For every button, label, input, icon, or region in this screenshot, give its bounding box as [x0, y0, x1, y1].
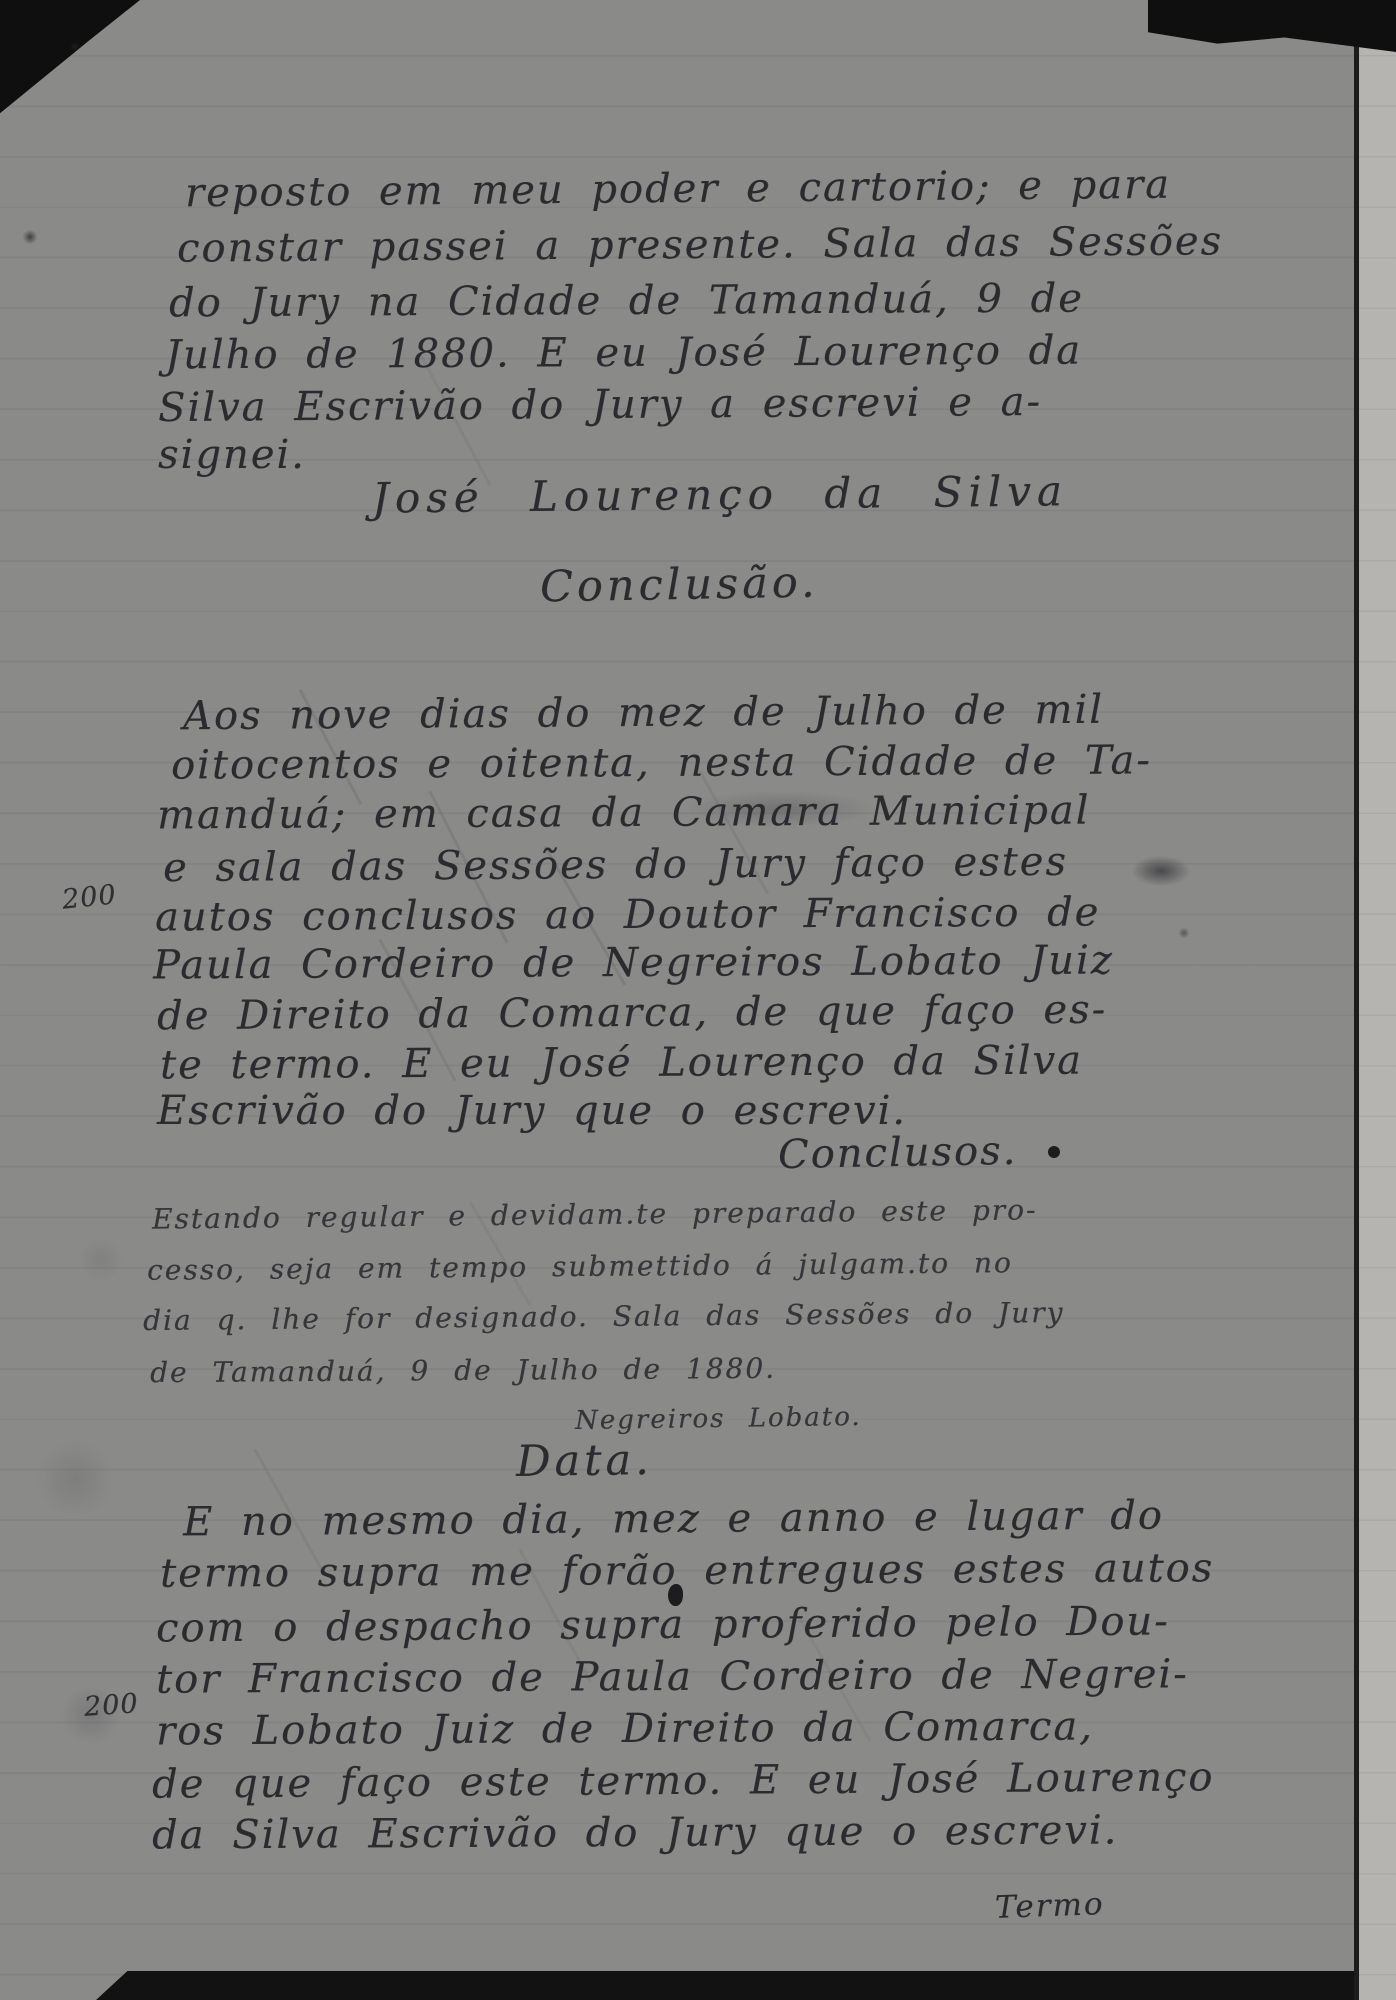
manuscript-line: da Silva Escrivão do Jury que o escrevi.	[152, 1807, 1119, 1858]
ink-dot	[1048, 1146, 1060, 1158]
signature-clerk: José Lourenço da Silva	[372, 466, 1068, 522]
manuscript-line: te termo. E eu José Lourenço da Silva	[160, 1038, 1083, 1089]
margin-annotation: 200	[61, 879, 118, 916]
manuscript-line: com o despacho supra proferido pelo Dou-	[156, 1598, 1170, 1651]
manuscript-line: autos conclusos ao Doutor Francisco de	[155, 890, 1101, 941]
margin-smear	[1132, 856, 1190, 886]
manuscript-line: signei.	[158, 432, 306, 478]
manuscript-line: de que faço este termo. E eu José Louren…	[152, 1754, 1215, 1807]
manuscript-line: do Jury na Cidade de Tamanduá, 9 de	[169, 276, 1084, 327]
ink-speck	[70, 42, 80, 51]
ink-speck	[1178, 928, 1190, 938]
paper-stain	[36, 1438, 114, 1520]
manuscript-line: constar passei a presente. Sala das Sess…	[177, 218, 1223, 271]
manuscript-line: ros Lobato Juiz de Direito da Comarca,	[156, 1704, 1094, 1755]
section-heading-conclusao: Conclusão.	[540, 558, 819, 613]
manuscript-line: termo supra me forão entregues estes aut…	[160, 1545, 1214, 1597]
manuscript-line: E no mesmo dia, mez e anno e lugar do	[183, 1493, 1164, 1546]
manuscript-line: Aos nove dias do mez de Julho de mil	[183, 687, 1104, 739]
manuscript-line: manduá; em casa da Camara Municipal	[157, 788, 1091, 839]
manuscript-line: e sala das Sessões do Jury faço estes	[163, 839, 1068, 891]
manuscript-line: Escrivão do Jury que o escrevi.	[157, 1088, 907, 1134]
manuscript-line: de Direito da Comarca, de que faço es-	[157, 987, 1107, 1040]
scanned-manuscript-page: reposto em meu poder e cartorio; e para …	[0, 0, 1396, 2000]
manuscript-line: oitocentos e oitenta, nesta Cidade de Ta…	[171, 737, 1152, 788]
binding-edge-strip	[1354, 0, 1396, 2000]
scan-edge-bottom-bar	[96, 1971, 1354, 2000]
paper-stain	[78, 1238, 124, 1282]
manuscript-line: de Tamanduá, 9 de Julho de 1880.	[150, 1352, 776, 1389]
manuscript-line: Silva Escrivão do Jury a escrevi e a-	[158, 379, 1042, 431]
catchword: Termo	[994, 1886, 1105, 1926]
term-word-conclusos: Conclusos.	[778, 1128, 1018, 1178]
manuscript-line: Paula Cordeiro de Negreiros Lobato Juiz	[153, 937, 1114, 988]
section-heading-data: Data.	[516, 1435, 653, 1487]
manuscript-line: Julho de 1880. E eu José Lourenço da	[165, 328, 1082, 379]
manuscript-line: tor Francisco de Paula Cordeiro de Negre…	[156, 1651, 1189, 1702]
ink-speck	[22, 230, 38, 244]
signature-judge: Negreiros Lobato.	[575, 1402, 862, 1436]
margin-annotation: 200	[83, 1688, 140, 1723]
manuscript-line: reposto em meu poder e cartorio; e para	[185, 162, 1171, 217]
ruled-lines-next-page	[1359, 0, 1396, 2000]
